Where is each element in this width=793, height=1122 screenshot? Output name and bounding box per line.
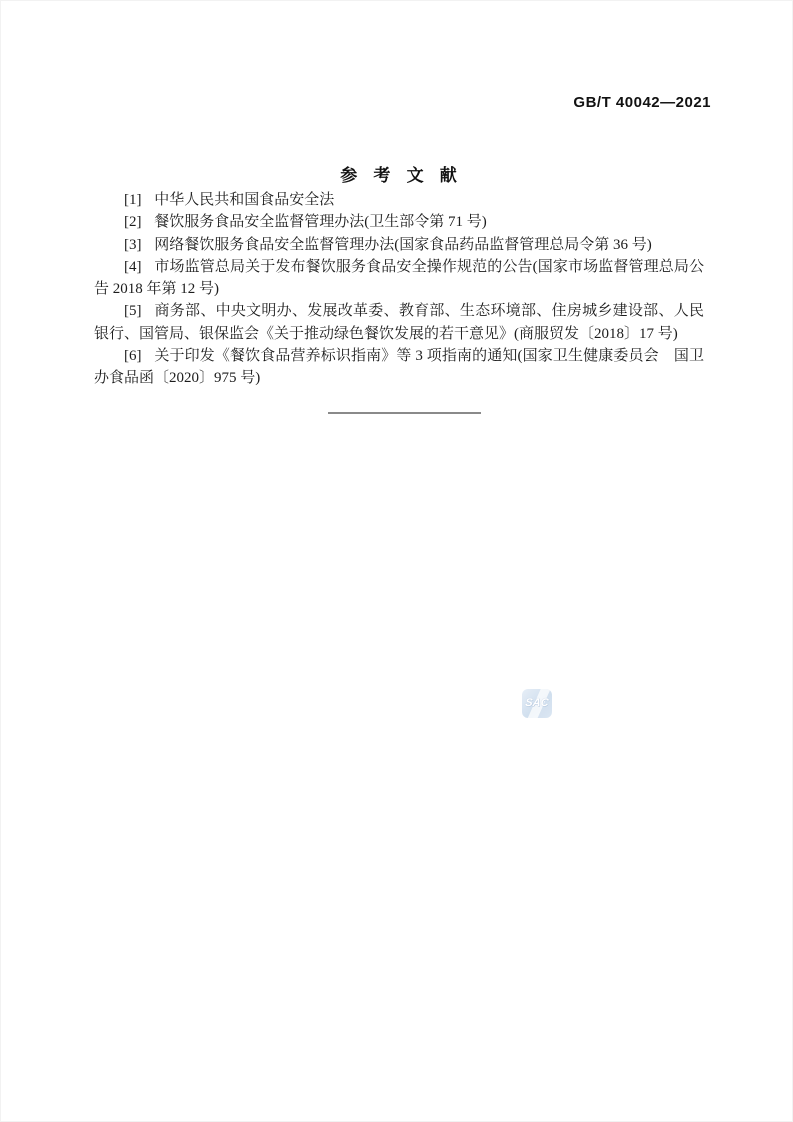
reference-text: 中华人民共和国食品安全法 <box>154 192 334 208</box>
references-title: 参考文献 <box>94 161 703 186</box>
reference-text: 关于印发《餐饮食品营养标识指南》等 3 项指南的通知(国家卫生健康委员会 国卫办… <box>94 348 704 386</box>
reference-item: [5]商务部、中央文明办、发展改革委、教育部、生态环境部、住房城乡建设部、人民银… <box>94 300 704 345</box>
reference-text: 网络餐饮服务食品安全监督管理办法(国家食品药品监督管理总局令第 36 号) <box>154 237 652 253</box>
reference-label: [5] <box>124 303 142 319</box>
reference-item: [6]关于印发《餐饮食品营养标识指南》等 3 项指南的通知(国家卫生健康委员会 … <box>94 345 704 390</box>
reference-item: [1]中华人民共和国食品安全法 <box>94 189 704 211</box>
reference-text: 市场监管总局关于发布餐饮服务食品安全操作规范的公告(国家市场监督管理总局公告 2… <box>94 259 704 297</box>
reference-label: [2] <box>124 214 142 230</box>
reference-text: 餐饮服务食品安全监督管理办法(卫生部令第 71 号) <box>154 214 487 230</box>
reference-list: [1]中华人民共和国食品安全法 [2]餐饮服务食品安全监督管理办法(卫生部令第 … <box>94 189 704 390</box>
reference-label: [6] <box>124 348 142 364</box>
reference-text: 商务部、中央文明办、发展改革委、教育部、生态环境部、住房城乡建设部、人民银行、国… <box>94 303 704 341</box>
document-page: GB/T 40042—2021 参考文献 [1]中华人民共和国食品安全法 [2]… <box>0 0 793 1122</box>
sac-logo-text: SAC <box>522 697 552 709</box>
reference-item: [4]市场监管总局关于发布餐饮服务食品安全操作规范的公告(国家市场监督管理总局公… <box>94 256 704 301</box>
reference-label: [1] <box>124 192 142 208</box>
end-of-document-divider <box>328 412 481 414</box>
sac-watermark-logo: SAC <box>522 689 552 718</box>
reference-label: [3] <box>124 237 142 253</box>
reference-label: [4] <box>124 259 142 275</box>
reference-item: [3]网络餐饮服务食品安全监督管理办法(国家食品药品监督管理总局令第 36 号) <box>94 234 704 256</box>
standard-code-header: GB/T 40042—2021 <box>573 94 711 111</box>
reference-item: [2]餐饮服务食品安全监督管理办法(卫生部令第 71 号) <box>94 211 704 233</box>
